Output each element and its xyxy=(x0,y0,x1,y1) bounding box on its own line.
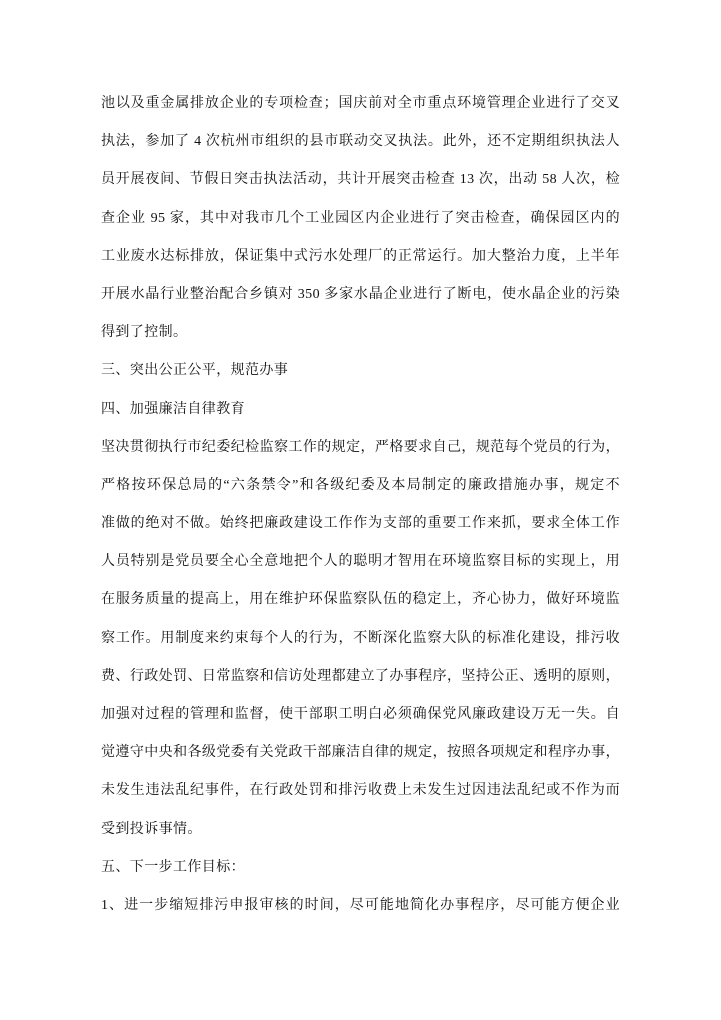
paragraph-line: 觉遵守中央和各级党委有关党政干部廉洁自律的规定，按照各项规定和程序办事， xyxy=(101,734,620,772)
paragraph-line: 费、行政处罚、日常监察和信访处理都建立了办事程序，坚持公正、透明的原则， xyxy=(101,658,620,696)
paragraph-line: 查企业 95 家，其中对我市几个工业园区内企业进行了突击检查，确保园区内的 xyxy=(101,200,620,238)
paragraph-line: 池以及重金属排放企业的专项检查；国庆前对全市重点环境管理企业进行了交叉 xyxy=(101,85,620,123)
paragraph-line: 未发生违法乱纪事件，在行政处罚和排污收费上未发生过因违法乱纪或不作为而 xyxy=(101,772,620,810)
paragraph-line: 员开展夜间、节假日突击执法活动，共计开展突击检查 13 次，出动 58 人次，检 xyxy=(101,161,620,199)
section-heading: 五、下一步工作目标： xyxy=(101,849,620,887)
paragraph-line: 工业废水达标排放，保证集中式污水处理厂的正常运行。加大整治力度，上半年 xyxy=(101,238,620,276)
paragraph-line: 执法，参加了 4 次杭州市组织的县市联动交叉执法。此外，还不定期组织执法人 xyxy=(101,123,620,161)
section-heading: 三、突出公正公平，规范办事 xyxy=(101,352,620,390)
paragraph-line: 准做的绝对不做。始终把廉政建设工作作为支部的重要工作来抓，要求全体工作 xyxy=(101,505,620,543)
paragraph-line: 加强对过程的管理和监督，使干部职工明白必须确保党风廉政建设万无一失。自 xyxy=(101,696,620,734)
paragraph-line: 受到投诉事情。 xyxy=(101,811,620,849)
paragraph-line: 严格按环保总局的“六条禁令”和各级纪委及本局制定的廉政措施办事，规定不 xyxy=(101,467,620,505)
paragraph-line: 察工作。用制度来约束每个人的行为，不断深化监察大队的标准化建设，排污收 xyxy=(101,620,620,658)
paragraph-line: 1、进一步缩短排污申报审核的时间，尽可能地简化办事程序，尽可能方便企业 xyxy=(101,887,620,925)
paragraph-line: 得到了控制。 xyxy=(101,314,620,352)
document-page: 池以及重金属排放企业的专项检查；国庆前对全市重点环境管理企业进行了交叉 执法，参… xyxy=(0,0,721,1020)
paragraph-line: 人员特别是党员要全心全意地把个人的聪明才智用在环境监察目标的实现上，用 xyxy=(101,543,620,581)
paragraph-line: 在服务质量的提高上，用在维护环保监察队伍的稳定上，齐心协力，做好环境监 xyxy=(101,581,620,619)
document-text-block: 池以及重金属排放企业的专项检查；国庆前对全市重点环境管理企业进行了交叉 执法，参… xyxy=(101,85,620,925)
section-heading: 四、加强廉洁自律教育 xyxy=(101,391,620,429)
paragraph-line: 开展水晶行业整治配合乡镇对 350 多家水晶企业进行了断电，使水晶企业的污染 xyxy=(101,276,620,314)
paragraph-line: 坚决贯彻执行市纪委纪检监察工作的规定，严格要求自己，规范每个党员的行为， xyxy=(101,429,620,467)
